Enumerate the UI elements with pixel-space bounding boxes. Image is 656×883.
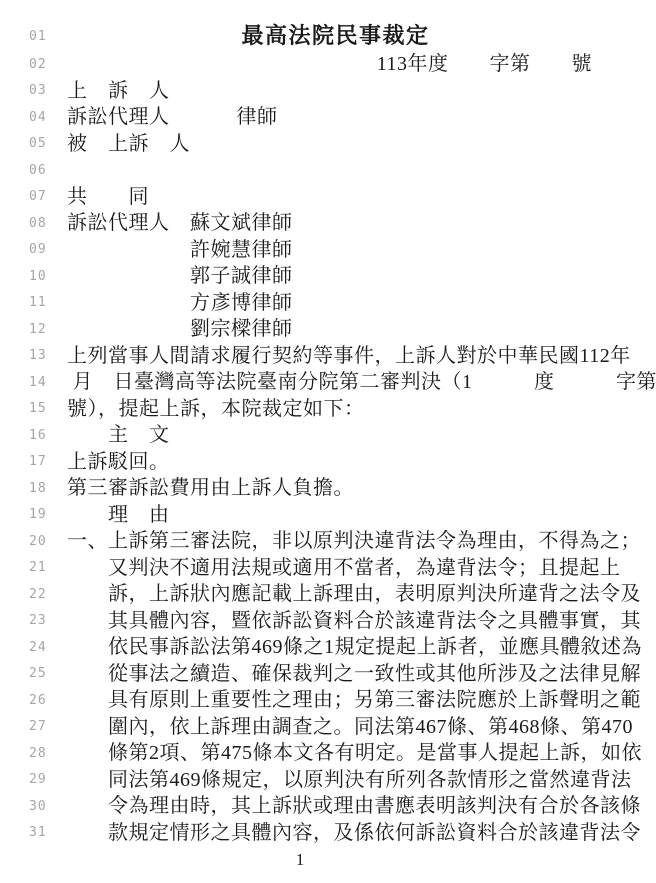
ruling-line: 30 令為理由時，其上訴狀或理由書應表明該判決有合於各該條 — [0, 793, 656, 820]
line-number: 07 — [29, 189, 67, 204]
line-number: 23 — [29, 613, 67, 628]
line-number: 24 — [29, 640, 67, 655]
line-text: 113年度 字第 號 — [67, 54, 656, 74]
line-number: 06 — [29, 163, 67, 178]
ruling-line: 02 113年度 字第 號 — [0, 51, 656, 78]
line-text: 圍內，依上訴理由調查之。同法第467條、第468條、第470 — [67, 717, 656, 737]
line-number: 13 — [29, 348, 67, 363]
line-number: 01 — [29, 29, 67, 44]
page-number: 1 — [0, 850, 600, 870]
line-text: 具有原則上重要性之理由；另第三審法院應於上訴聲明之範 — [67, 690, 656, 710]
ruling-line: 12 劉宗樑律師 — [0, 316, 656, 343]
ruling-line: 10 郭子誠律師 — [0, 263, 656, 290]
line-number: 25 — [29, 666, 67, 681]
ruling-text-lines: 01 最高法院民事裁定 02 113年度 字第 號 03 上 訴 人 04 訴訟… — [0, 21, 656, 846]
line-number: 02 — [29, 57, 67, 72]
ruling-line: 08 訴訟代理人 蘇文斌律師 — [0, 210, 656, 237]
ruling-line: 22 訴，上訴狀內應記載上訴理由，表明原判決所違背之法令及 — [0, 581, 656, 608]
ruling-line: 09 許婉慧律師 — [0, 237, 656, 264]
line-number: 14 — [29, 375, 67, 390]
line-text: 同法第469條規定，以原判決有所列各款情形之當然違背法 — [67, 770, 656, 790]
line-number: 21 — [29, 560, 67, 575]
line-number: 19 — [29, 507, 67, 522]
line-text: 郭子誠律師 — [67, 266, 656, 286]
ruling-line: 26 具有原則上重要性之理由；另第三審法院應於上訴聲明之範 — [0, 687, 656, 714]
ruling-line: 29 同法第469條規定，以原判決有所列各款情形之當然違背法 — [0, 767, 656, 794]
line-text: 從事法之續造、確保裁判之一致性或其他所涉及之法律見解 — [67, 664, 656, 684]
line-number: 18 — [29, 481, 67, 496]
ruling-line: 25 從事法之續造、確保裁判之一致性或其他所涉及之法律見解 — [0, 661, 656, 688]
ruling-line: 20 一、上訴第三審法院，非以原判決違背法令為理由，不得為之； — [0, 528, 656, 555]
line-text: 條第2項、第475條本文各有明定。是當事人提起上訴，如依 — [67, 743, 656, 763]
line-text: 方彥博律師 — [67, 293, 656, 313]
line-number: 31 — [29, 825, 67, 840]
ruling-line: 18 第三審訴訟費用由上訴人負擔。 — [0, 475, 656, 502]
line-text: 理 由 — [67, 505, 656, 525]
ruling-line: 28 條第2項、第475條本文各有明定。是當事人提起上訴，如依 — [0, 740, 656, 767]
line-number: 09 — [29, 242, 67, 257]
ruling-line: 05 被 上訴 人 — [0, 131, 656, 158]
line-text: 上 訴 人 — [67, 81, 656, 101]
line-number: 27 — [29, 719, 67, 734]
line-number: 03 — [29, 83, 67, 98]
ruling-line: 03 上 訴 人 — [0, 78, 656, 105]
line-number: 15 — [29, 401, 67, 416]
line-number: 16 — [29, 428, 67, 443]
line-number: 04 — [29, 110, 67, 125]
line-number: 28 — [29, 746, 67, 761]
ruling-line: 14 月 日臺灣高等法院臺南分院第二審判決（1 度 字第 — [0, 369, 656, 396]
line-number: 12 — [29, 322, 67, 337]
line-number: 26 — [29, 693, 67, 708]
line-text: 依民事訴訟法第469條之1規定提起上訴者，並應具體敘述為 — [67, 637, 656, 657]
line-text: 其具體內容，暨依訴訟資料合於該違背法令之具體事實，其 — [67, 611, 656, 631]
line-number: 11 — [29, 295, 67, 310]
line-text: 款規定情形之具體內容，及係依何訴訟資料合於該違背法令 — [67, 823, 656, 843]
line-text: 上訴駁回。 — [67, 452, 656, 472]
line-text: 令為理由時，其上訴狀或理由書應表明該判決有合於各該條 — [67, 796, 656, 816]
line-text: 最高法院民事裁定 — [67, 25, 656, 47]
ruling-line: 17 上訴駁回。 — [0, 449, 656, 476]
ruling-line: 21 又判決不適用法規或適用不當者，為違背法令；且提起上 — [0, 555, 656, 582]
ruling-line: 31 款規定情形之具體內容，及係依何訴訟資料合於該違背法令 — [0, 820, 656, 847]
line-number: 17 — [29, 454, 67, 469]
line-number: 29 — [29, 772, 67, 787]
line-number: 05 — [29, 136, 67, 151]
ruling-line: 19 理 由 — [0, 502, 656, 529]
line-text: 上列當事人間請求履行契約等事件，上訴人對於中華民國112年 — [67, 346, 656, 366]
line-number: 08 — [29, 216, 67, 231]
ruling-line: 23 其具體內容，暨依訴訟資料合於該違背法令之具體事實，其 — [0, 608, 656, 635]
line-text: 月 日臺灣高等法院臺南分院第二審判決（1 度 字第 — [67, 372, 656, 392]
ruling-line: 07 共 同 — [0, 184, 656, 211]
ruling-line: 04 訴訟代理人 律師 — [0, 104, 656, 131]
line-text: 共 同 — [67, 187, 656, 207]
ruling-line: 13 上列當事人間請求履行契約等事件，上訴人對於中華民國112年 — [0, 343, 656, 370]
ruling-line: 11 方彥博律師 — [0, 290, 656, 317]
line-number: 10 — [29, 269, 67, 284]
line-text: 訴訟代理人 律師 — [67, 107, 656, 127]
line-text: 訴訟代理人 蘇文斌律師 — [67, 213, 656, 233]
ruling-line: 01 最高法院民事裁定 — [0, 21, 656, 51]
line-text: 又判決不適用法規或適用不當者，為違背法令；且提起上 — [67, 558, 656, 578]
ruling-line: 24 依民事訴訟法第469條之1規定提起上訴者，並應具體敘述為 — [0, 634, 656, 661]
line-text: 主 文 — [67, 425, 656, 445]
line-text: 號），提起上訴，本院裁定如下： — [67, 399, 656, 419]
ruling-line: 16 主 文 — [0, 422, 656, 449]
ruling-line: 06 — [0, 157, 656, 184]
court-ruling-page: 01 最高法院民事裁定 02 113年度 字第 號 03 上 訴 人 04 訴訟… — [0, 0, 656, 883]
line-text: 第三審訴訟費用由上訴人負擔。 — [67, 478, 656, 498]
line-text: 一、上訴第三審法院，非以原判決違背法令為理由，不得為之； — [67, 531, 656, 551]
ruling-line: 27 圍內，依上訴理由調查之。同法第467條、第468條、第470 — [0, 714, 656, 741]
line-number: 30 — [29, 799, 67, 814]
line-text: 被 上訴 人 — [67, 134, 656, 154]
ruling-line: 15 號），提起上訴，本院裁定如下： — [0, 396, 656, 423]
line-text: 劉宗樑律師 — [67, 319, 656, 339]
line-text: 訴，上訴狀內應記載上訴理由，表明原判決所違背之法令及 — [67, 584, 656, 604]
line-text: 許婉慧律師 — [67, 240, 656, 260]
line-number: 22 — [29, 587, 67, 602]
line-number: 20 — [29, 534, 67, 549]
